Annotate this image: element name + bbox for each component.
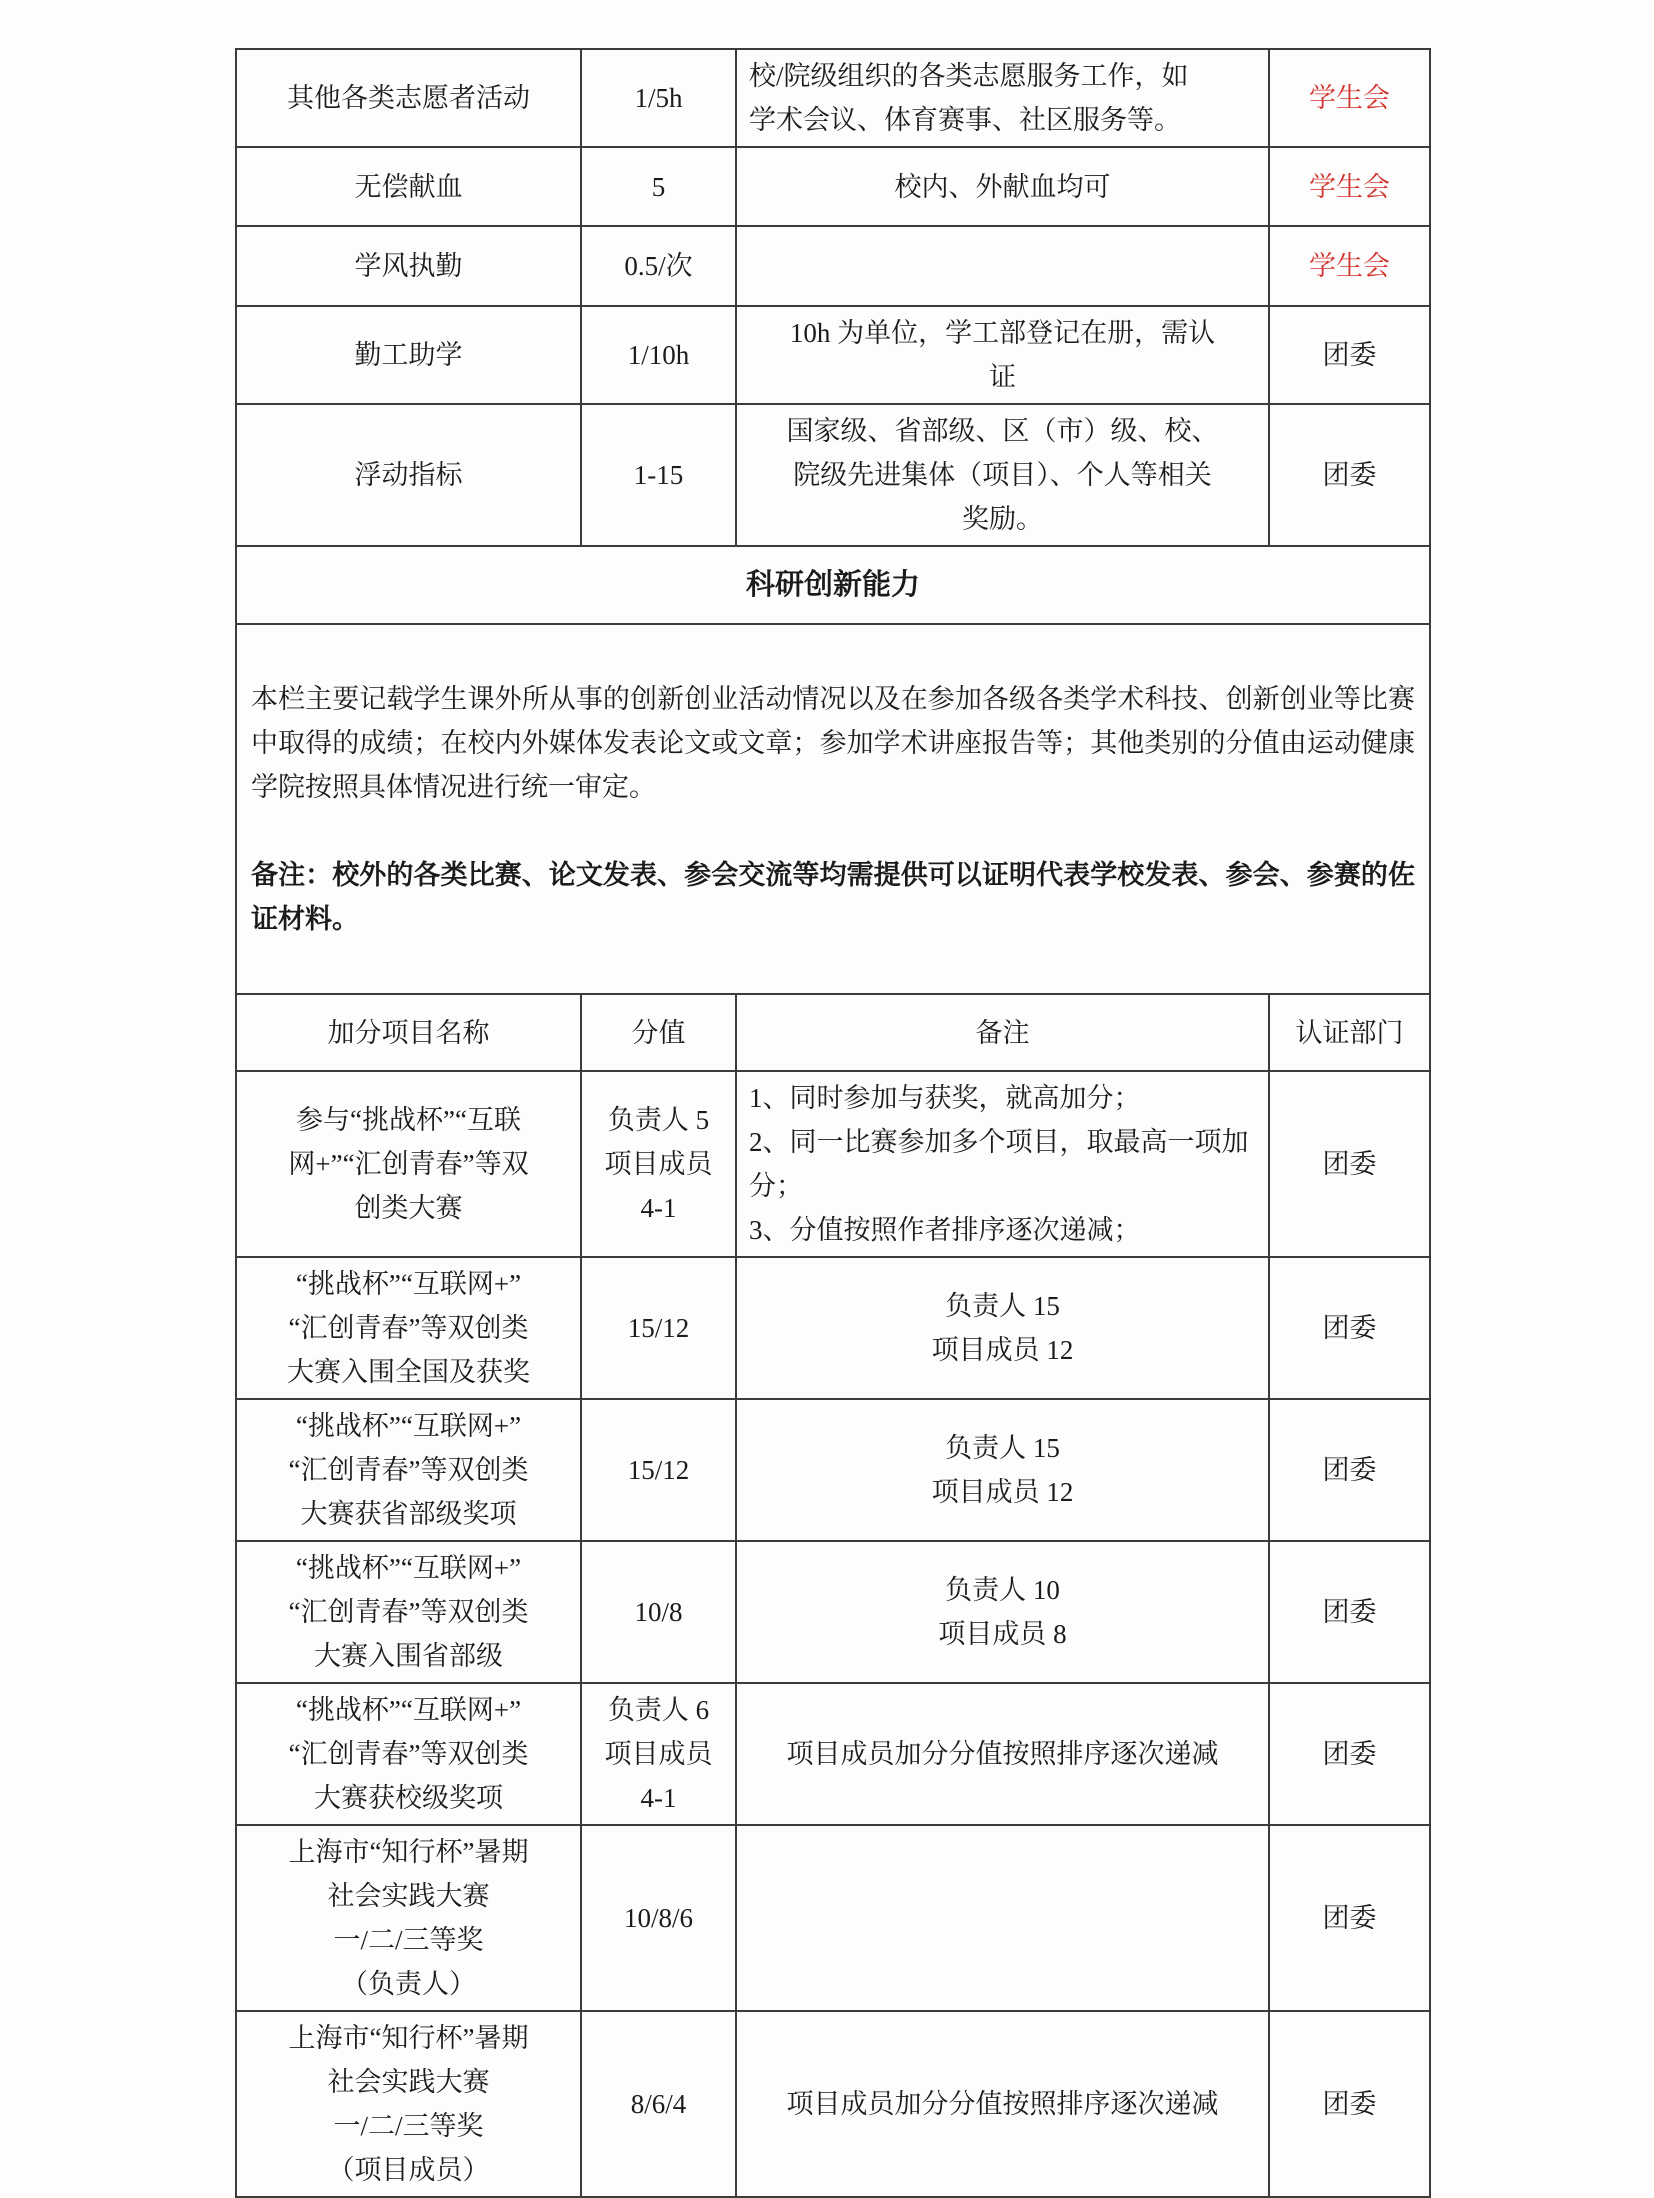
cell-score: 10/8/6 — [581, 1825, 736, 2011]
cell-score: 10/8 — [581, 1541, 736, 1683]
cell-dept: 学生会 — [1269, 49, 1430, 147]
dept-label: 团委 — [1323, 1455, 1377, 1485]
cell-note: 负责人 15 项目成员 12 — [736, 1399, 1269, 1541]
cell-dept: 团委 — [1269, 1257, 1430, 1399]
table-row: 上海市“知行杯”暑期 社会实践大赛 一/二/三等奖 （负责人） 10/8/6 团… — [236, 1825, 1430, 2011]
dept-label: 学生会 — [1309, 83, 1390, 113]
header-score: 分值 — [581, 994, 736, 1071]
cell-note: 负责人 15 项目成员 12 — [736, 1257, 1269, 1399]
cell-item-name: 无偿献血 — [236, 147, 581, 226]
cell-score: 负责人 6 项目成员 4-1 — [581, 1683, 736, 1825]
table-row: 浮动指标 1-15 国家级、省部级、区（市）级、校、 院级先进集体（项目）、个人… — [236, 404, 1430, 546]
cell-note: 校内、外献血均可 — [736, 147, 1269, 226]
section-remark: 备注：校外的各类比赛、论文发表、参会交流等均需提供可以证明代表学校发表、参会、参… — [251, 853, 1415, 941]
table-row: 学风执勤 0.5/次 学生会 — [236, 226, 1430, 306]
cell-score: 1/5h — [581, 49, 736, 147]
table-row: “挑战杯”“互联网+” “汇创青春”等双创类 大赛获校级奖项 负责人 6 项目成… — [236, 1683, 1430, 1825]
section-title: 科研创新能力 — [236, 546, 1430, 624]
table-row: 勤工助学 1/10h 10h 为单位，学工部登记在册，需认 证 团委 — [236, 306, 1430, 404]
section-description-cell: 本栏主要记载学生课外所从事的创新创业活动情况以及在参加各级各类学术科技、创新创业… — [236, 624, 1430, 994]
cell-score: 8/6/4 — [581, 2011, 736, 2197]
cell-dept: 团委 — [1269, 1399, 1430, 1541]
dept-label: 团委 — [1323, 1739, 1377, 1769]
cell-score: 1/10h — [581, 306, 736, 404]
cell-dept: 团委 — [1269, 1541, 1430, 1683]
table-row: “挑战杯”“互联网+” “汇创青春”等双创类 大赛获省部级奖项 15/12 负责… — [236, 1399, 1430, 1541]
cell-dept: 团委 — [1269, 306, 1430, 404]
cell-dept: 团委 — [1269, 2011, 1430, 2197]
table-row: 参与“挑战杯”“互联 网+”“汇创青春”等双 创类大赛 负责人 5 项目成员 4… — [236, 1071, 1430, 1257]
cell-item-name: 参与“挑战杯”“互联 网+”“汇创青春”等双 创类大赛 — [236, 1071, 581, 1257]
dept-label: 团委 — [1323, 1313, 1377, 1343]
table-row: 上海市“知行杯”暑期 社会实践大赛 一/二/三等奖 （项目成员） 8/6/4 项… — [236, 2011, 1430, 2197]
document-page: 其他各类志愿者活动 1/5h 校/院级组织的各类志愿服务工作，如 学术会议、体育… — [0, 0, 1654, 1997]
cell-item-name: 勤工助学 — [236, 306, 581, 404]
dept-label: 团委 — [1323, 1903, 1377, 1933]
dept-label: 团委 — [1323, 460, 1377, 490]
section-title-row: 科研创新能力 — [236, 546, 1430, 624]
cell-item-name: 上海市“知行杯”暑期 社会实践大赛 一/二/三等奖 （项目成员） — [236, 2011, 581, 2197]
dept-label: 学生会 — [1309, 172, 1390, 202]
table-row: “挑战杯”“互联网+” “汇创青春”等双创类 大赛入围省部级 10/8 负责人 … — [236, 1541, 1430, 1683]
cell-item-name: 其他各类志愿者活动 — [236, 49, 581, 147]
cell-note: 负责人 10 项目成员 8 — [736, 1541, 1269, 1683]
cell-item-name: “挑战杯”“互联网+” “汇创青春”等双创类 大赛获校级奖项 — [236, 1683, 581, 1825]
cell-note: 项目成员加分分值按照排序逐次递减 — [736, 2011, 1269, 2197]
cell-item-name: “挑战杯”“互联网+” “汇创青春”等双创类 大赛获省部级奖项 — [236, 1399, 581, 1541]
points-table: 其他各类志愿者活动 1/5h 校/院级组织的各类志愿服务工作，如 学术会议、体育… — [235, 48, 1431, 2198]
header-dept: 认证部门 — [1269, 994, 1430, 1071]
cell-note: 国家级、省部级、区（市）级、校、 院级先进集体（项目）、个人等相关 奖励。 — [736, 404, 1269, 546]
cell-score: 0.5/次 — [581, 226, 736, 306]
cell-note: 校/院级组织的各类志愿服务工作，如 学术会议、体育赛事、社区服务等。 — [736, 49, 1269, 147]
table-row: “挑战杯”“互联网+” “汇创青春”等双创类 大赛入围全国及获奖 15/12 负… — [236, 1257, 1430, 1399]
header-item-name: 加分项目名称 — [236, 994, 581, 1071]
cell-dept: 团委 — [1269, 1071, 1430, 1257]
dept-label: 团委 — [1323, 1149, 1377, 1179]
cell-item-name: “挑战杯”“互联网+” “汇创青春”等双创类 大赛入围全国及获奖 — [236, 1257, 581, 1399]
cell-item-name: 上海市“知行杯”暑期 社会实践大赛 一/二/三等奖 （负责人） — [236, 1825, 581, 2011]
dept-label: 团委 — [1323, 2089, 1377, 2119]
dept-label: 学生会 — [1309, 251, 1390, 281]
section-description-row: 本栏主要记载学生课外所从事的创新创业活动情况以及在参加各级各类学术科技、创新创业… — [236, 624, 1430, 994]
cell-note: 项目成员加分分值按照排序逐次递减 — [736, 1683, 1269, 1825]
cell-item-name: 浮动指标 — [236, 404, 581, 546]
cell-dept: 团委 — [1269, 1683, 1430, 1825]
cell-item-name: “挑战杯”“互联网+” “汇创青春”等双创类 大赛入围省部级 — [236, 1541, 581, 1683]
cell-note — [736, 226, 1269, 306]
dept-label: 团委 — [1323, 340, 1377, 370]
section-description: 本栏主要记载学生课外所从事的创新创业活动情况以及在参加各级各类学术科技、创新创业… — [251, 677, 1415, 809]
cell-dept: 团委 — [1269, 404, 1430, 546]
table-row: 无偿献血 5 校内、外献血均可 学生会 — [236, 147, 1430, 226]
cell-dept: 团委 — [1269, 1825, 1430, 2011]
cell-note: 1、同时参加与获奖，就高加分； 2、同一比赛参加多个项目，取最高一项加分； 3、… — [736, 1071, 1269, 1257]
header-note: 备注 — [736, 994, 1269, 1071]
cell-dept: 学生会 — [1269, 147, 1430, 226]
cell-dept: 学生会 — [1269, 226, 1430, 306]
dept-label: 团委 — [1323, 1597, 1377, 1627]
table-header-row: 加分项目名称 分值 备注 认证部门 — [236, 994, 1430, 1071]
table-row: 其他各类志愿者活动 1/5h 校/院级组织的各类志愿服务工作，如 学术会议、体育… — [236, 49, 1430, 147]
cell-note — [736, 1825, 1269, 2011]
cell-score: 1-15 — [581, 404, 736, 546]
cell-score: 5 — [581, 147, 736, 226]
cell-note: 10h 为单位，学工部登记在册，需认 证 — [736, 306, 1269, 404]
cell-score: 15/12 — [581, 1399, 736, 1541]
cell-score: 15/12 — [581, 1257, 736, 1399]
cell-item-name: 学风执勤 — [236, 226, 581, 306]
cell-score: 负责人 5 项目成员 4-1 — [581, 1071, 736, 1257]
